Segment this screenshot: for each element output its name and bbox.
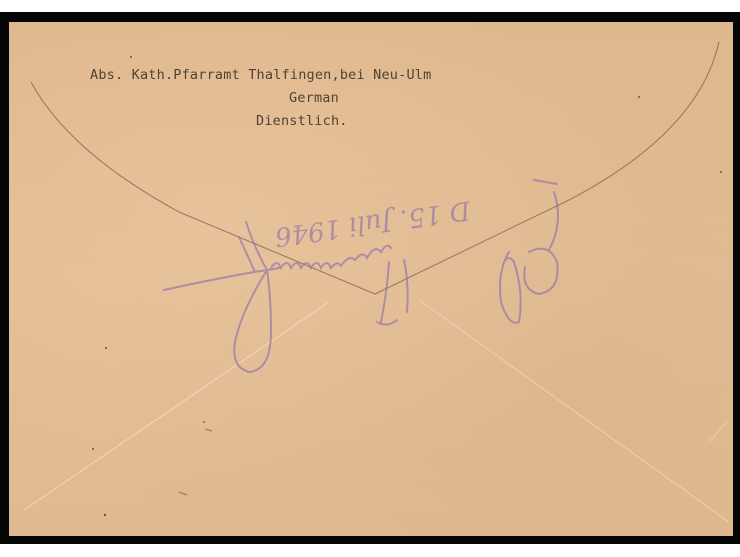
sender-country-line: German bbox=[289, 90, 339, 106]
envelope-flap-lines bbox=[9, 22, 733, 536]
envelope-back: Abs. Kath.Pfarramt Thalfingen,bei Neu-Ul… bbox=[9, 22, 733, 536]
official-mail-line: Dienstlich. bbox=[256, 113, 348, 129]
sender-address-line: Abs. Kath.Pfarramt Thalfingen,bei Neu-Ul… bbox=[90, 67, 431, 83]
